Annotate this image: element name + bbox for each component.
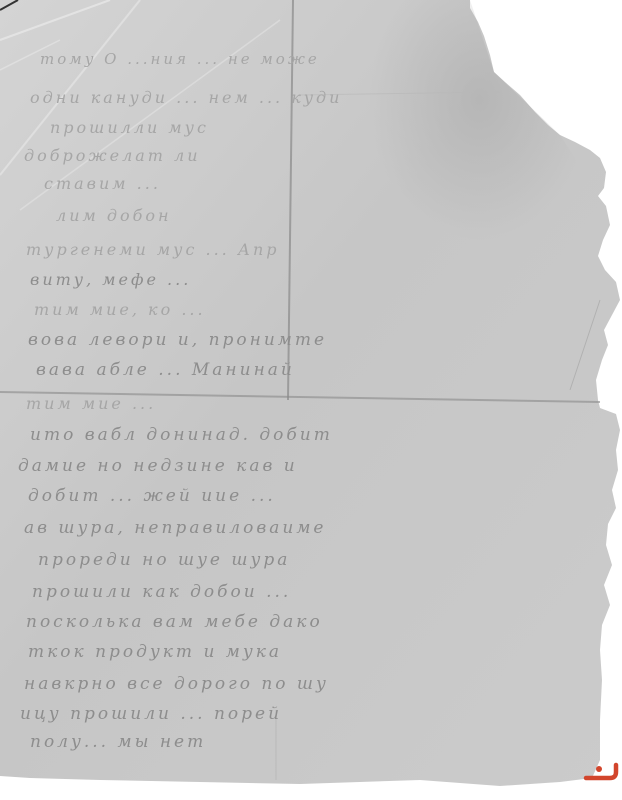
handwritten-line: тургенеми мус ... Апр	[26, 240, 280, 259]
handwritten-line: лим добон	[56, 206, 172, 225]
handwritten-line: ав шура, неправиловаиме	[24, 518, 326, 538]
handwritten-line: тим мие, ко ...	[34, 300, 206, 319]
scanned-letter-page: тому О ...ния ... не може одни кануди ..…	[0, 0, 622, 800]
handwritten-line: ито вабл донинад. добит	[30, 425, 333, 445]
handwritten-line: вова левори и, пронимте	[28, 330, 327, 350]
handwritten-line: доброжелат ли	[24, 146, 201, 165]
handwritten-line: одни кануди ... нем ... куди	[30, 88, 342, 107]
handwritten-line: посколька вам мебе дако	[26, 612, 323, 632]
handwritten-line: ставим ...	[44, 174, 161, 193]
handwritten-line: полу... мы нет	[30, 732, 206, 752]
handwritten-text-block: тому О ...ния ... не може одни кануди ..…	[0, 0, 622, 800]
handwritten-line: тому О ...ния ... не може	[40, 50, 320, 68]
handwritten-line: добит ... жей иие ...	[28, 486, 276, 506]
handwritten-line: ицу прошили ... порей	[20, 704, 282, 724]
handwritten-line: прошилли мус	[50, 118, 209, 137]
handwritten-line: виту, мефе ...	[30, 270, 191, 289]
handwritten-line: ткок продукт и мука	[28, 642, 282, 662]
handwritten-line: вава абле ... Манинай	[36, 360, 295, 380]
handwritten-line: прошили как добои ...	[32, 582, 291, 602]
handwritten-line: прореди но шуе шура	[38, 550, 290, 570]
handwritten-line: тим мие ...	[26, 394, 156, 413]
handwritten-line: навкрно все дорого по шу	[24, 674, 329, 694]
red-smile-logo-icon	[582, 762, 622, 788]
handwritten-line: дамие но недзине кав и	[18, 456, 298, 476]
